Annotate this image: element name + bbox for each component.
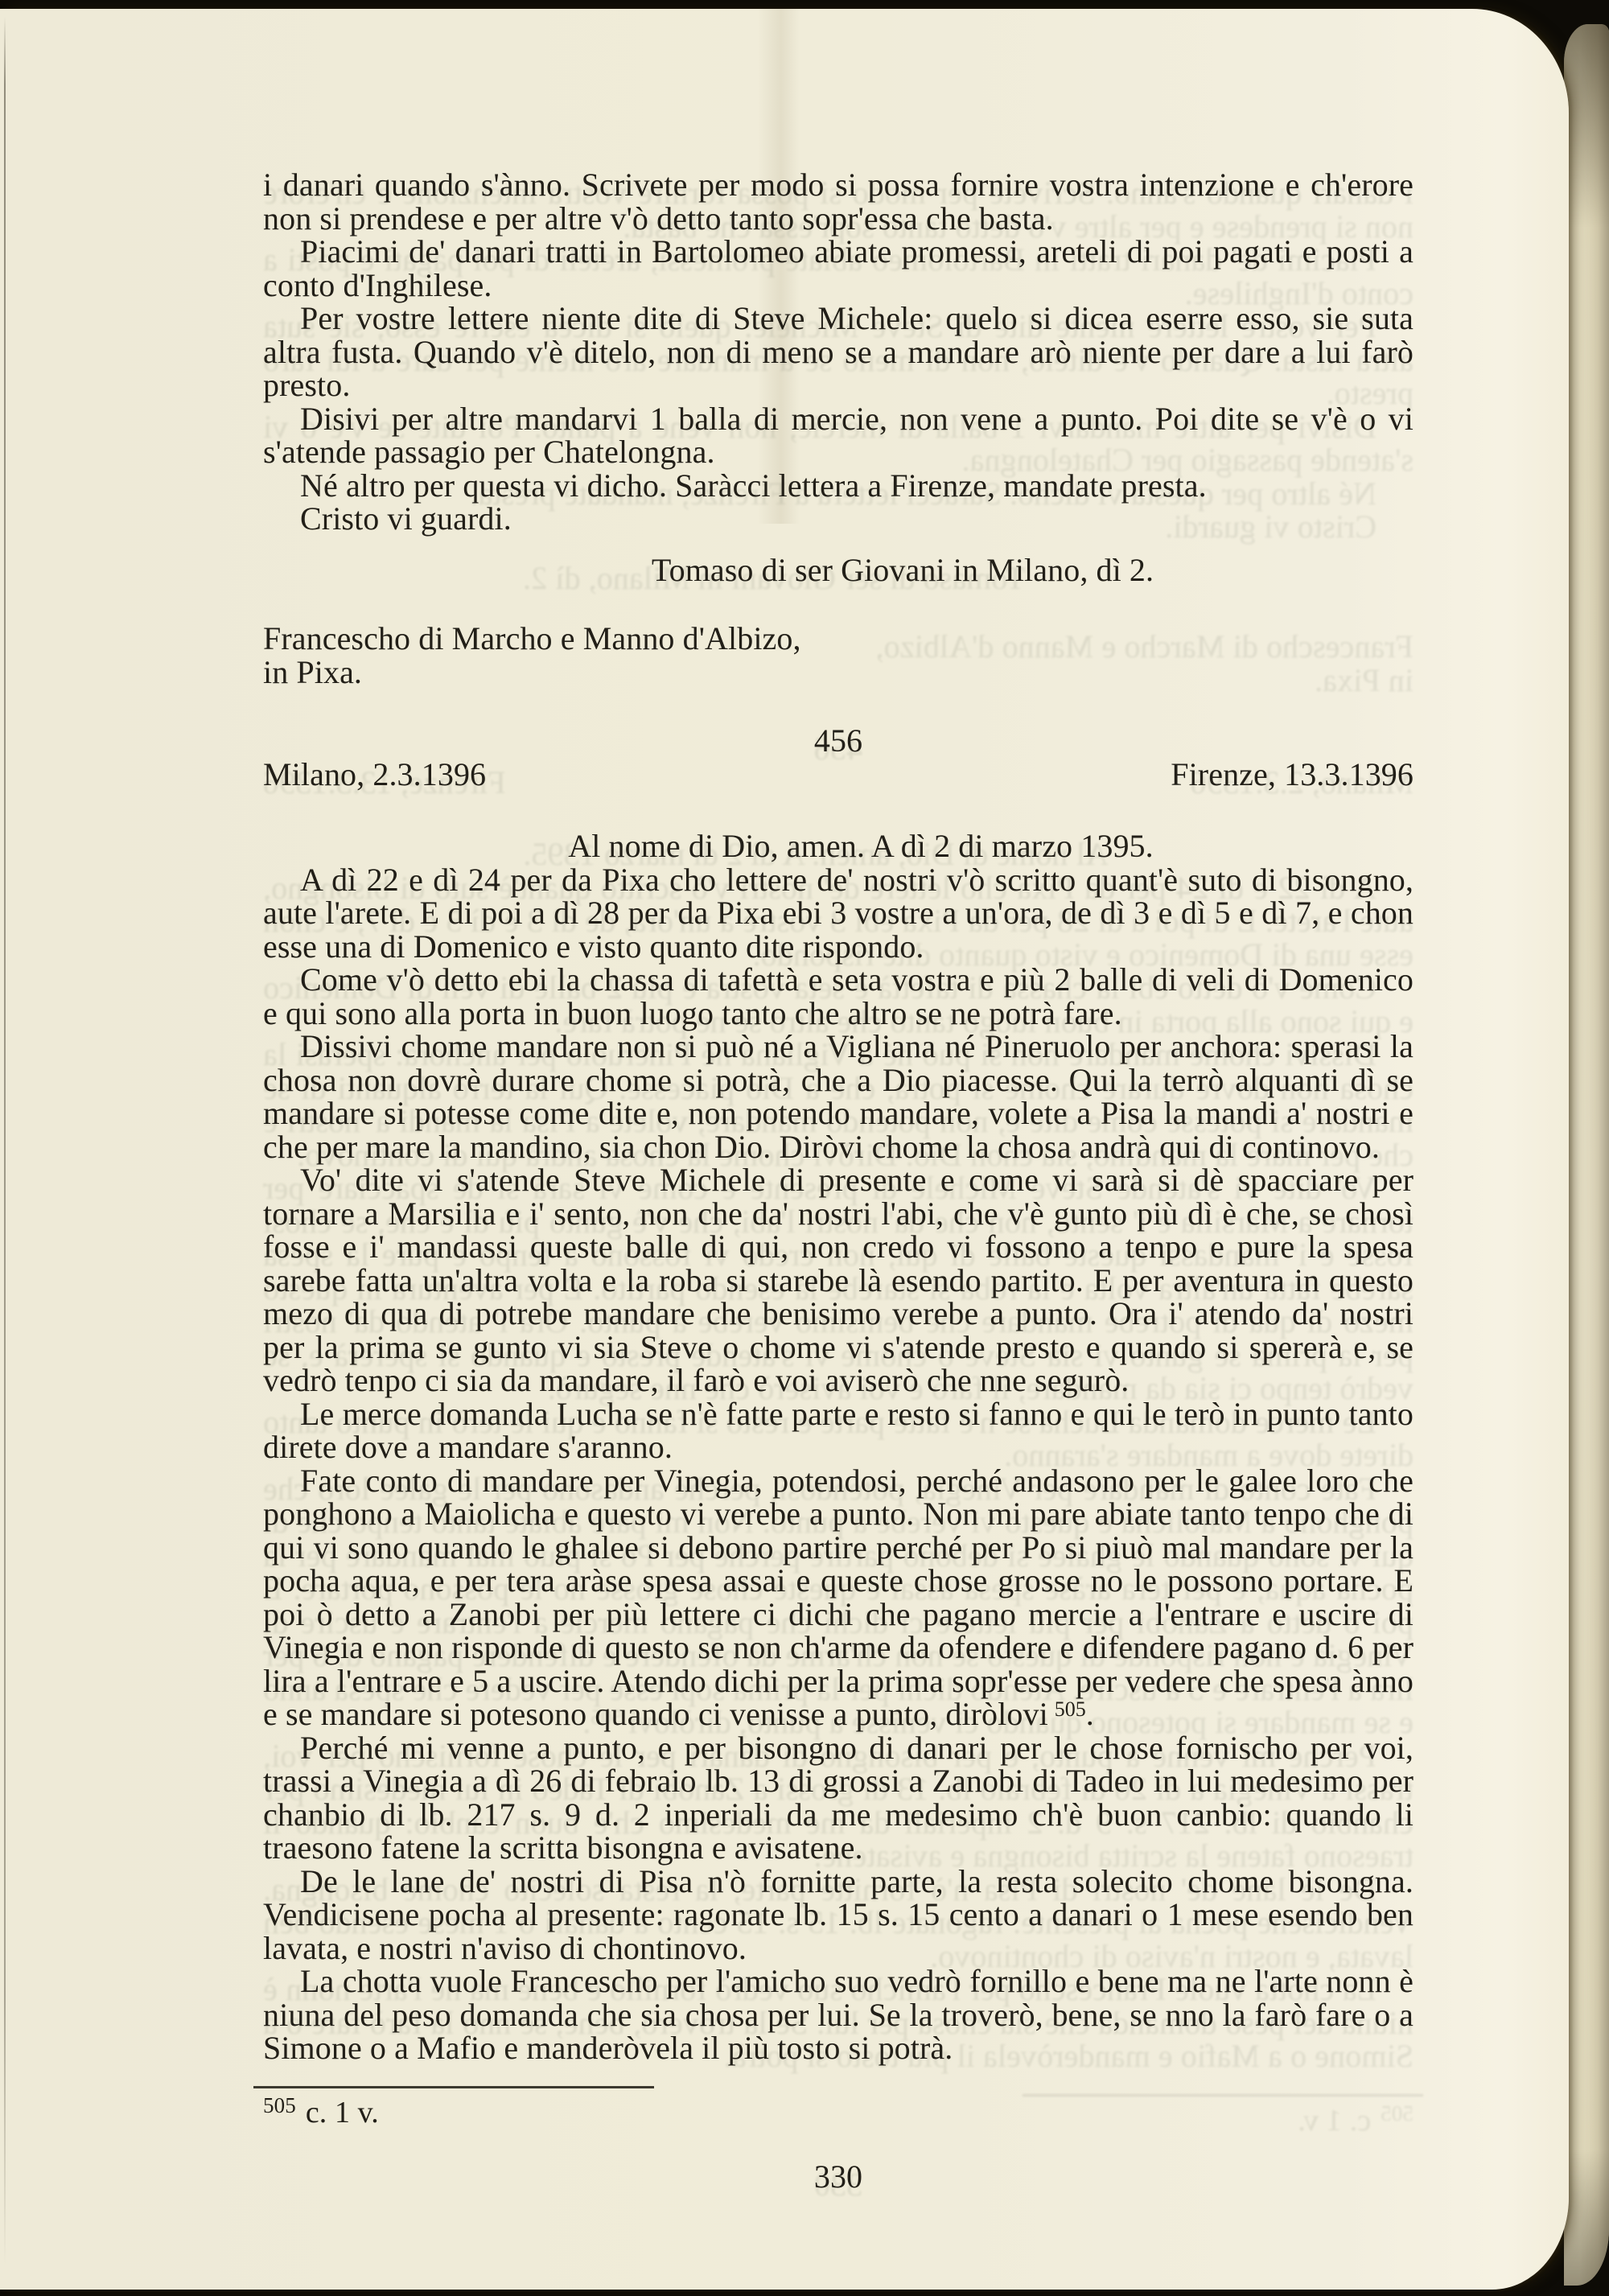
paragraph: A dì 22 e dì 24 per da Pixa cho lettere … bbox=[263, 863, 1414, 964]
footnote-number: 505 bbox=[263, 2093, 296, 2117]
page-sheet: i danari quando s'ànno. Scrivete per mod… bbox=[0, 9, 1569, 2290]
paragraph: Come v'ò detto ebi la chassa di tafettà … bbox=[263, 963, 1414, 1030]
paragraph-text: Fate conto di mandare per Vinegia, poten… bbox=[263, 1463, 1414, 1733]
paragraph: Vo' dite vi s'atende Steve Michele di pr… bbox=[263, 1163, 1414, 1397]
dateline-destination: Firenze, 13.3.1396 bbox=[1171, 758, 1414, 792]
closing-line: Cristo vi guardi. bbox=[263, 502, 1414, 536]
paragraph: Le merce domanda Lucha se n'è fatte part… bbox=[263, 1397, 1414, 1464]
page-edge-line bbox=[4, 17, 6, 2265]
page-number: 330 bbox=[263, 2160, 1414, 2194]
letter-number: 456 bbox=[263, 724, 1414, 758]
paragraph-text-after-marker: . bbox=[1086, 1696, 1094, 1732]
signature-line: Tomaso di ser Giovani in Milano, dì 2. bbox=[327, 553, 1478, 587]
text-column: i danari quando s'ànno. Scrivete per mod… bbox=[263, 168, 1414, 2194]
footnote-text: c. 1 v. bbox=[306, 2096, 379, 2129]
paragraph: Fate conto di mandare per Vinegia, poten… bbox=[263, 1464, 1414, 1731]
footnote-marker: 505 bbox=[1055, 1697, 1086, 1721]
dateline-origin: Milano, 2.3.1396 bbox=[263, 758, 486, 792]
paragraph: Perché mi venne a punto, e per bisongno … bbox=[263, 1731, 1414, 1865]
paragraph: Né altro per questa vi dicho. Saràcci le… bbox=[263, 469, 1414, 503]
paragraph: i danari quando s'ànno. Scrivete per mod… bbox=[263, 168, 1414, 235]
addressee-place-line: in Pixa. bbox=[263, 656, 1414, 689]
footnote: 505c. 1 v. bbox=[263, 2096, 1414, 2130]
book-fore-edge-pages bbox=[1564, 24, 1609, 2286]
dateline-row: Milano, 2.3.1396 Firenze, 13.3.1396 bbox=[263, 758, 1414, 792]
paragraph: Dissivi chome mandare non si può né a Vi… bbox=[263, 1030, 1414, 1163]
scanned-book-page: i danari quando s'ànno. Scrivete per mod… bbox=[0, 0, 1609, 2296]
paragraph: Per vostre lettere niente dite di Steve … bbox=[263, 302, 1414, 402]
footnote-rule bbox=[253, 2086, 654, 2088]
paragraph: Disivi per altre mandarvi 1 balla di mer… bbox=[263, 402, 1414, 469]
paragraph: Piacimi de' danari tratti in Bartolomeo … bbox=[263, 235, 1414, 302]
addressee-block: Francescho di Marcho e Manno d'Albizo, i… bbox=[263, 622, 1414, 689]
paragraph: La chotta vuole Francescho per l'amicho … bbox=[263, 1965, 1414, 2065]
paragraph: De le lane de' nostri di Pisa n'ò fornit… bbox=[263, 1865, 1414, 1965]
addressee-name-line: Francescho di Marcho e Manno d'Albizo, bbox=[263, 622, 1414, 656]
salutation-line: Al nome di Dio, amen. A dì 2 di marzo 13… bbox=[286, 829, 1436, 863]
